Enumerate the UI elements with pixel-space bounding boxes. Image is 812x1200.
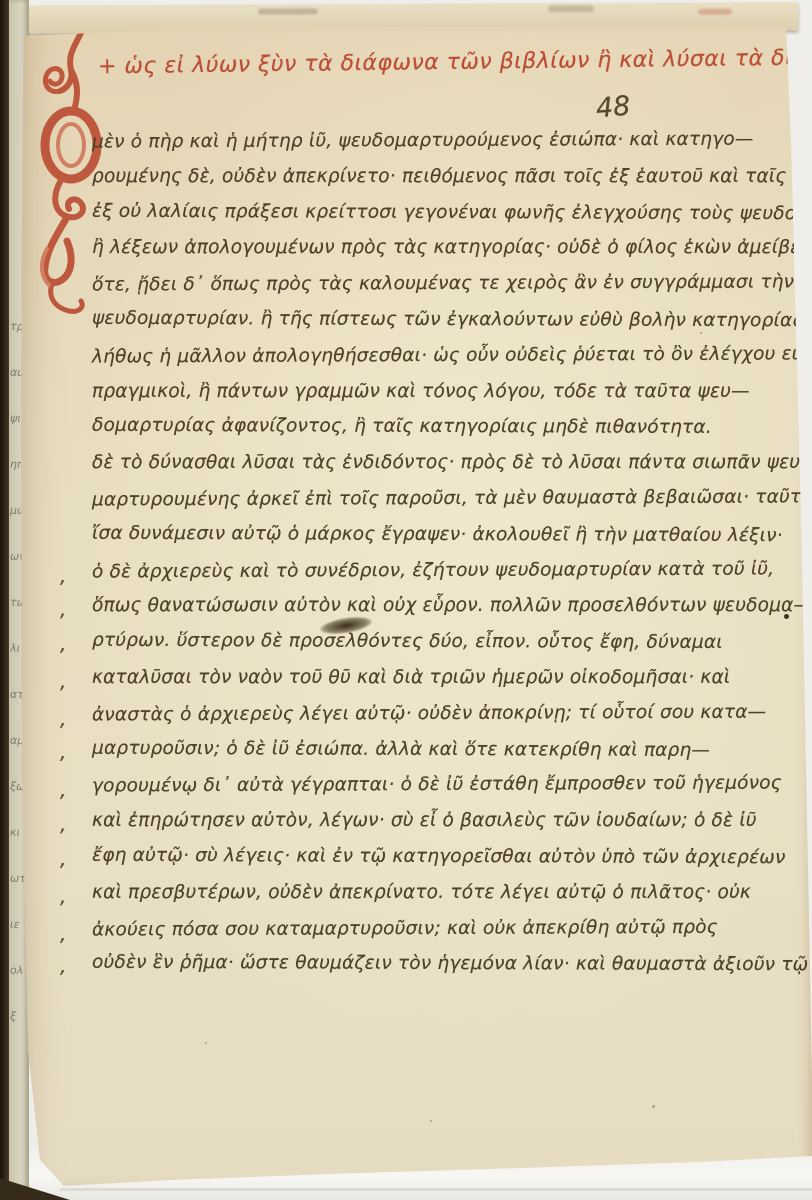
text-line: ἴσα δυνάμεσιν αὐτῷ ὁ μάρκος ἔγραψεν· ἀκο…	[92, 523, 792, 561]
text-line: ,ὁ δὲ ἀρχιερεὺς καὶ τὸ συνέδριον, ἐζήτου…	[92, 558, 792, 597]
text-line: μὲν ὁ πὴρ καὶ ἡ μήτηρ ἰῦ, ψευδομαρτυρούμ…	[92, 128, 792, 167]
ink-dot	[784, 614, 789, 619]
text-line-content: οὐδὲν ἓν ῥῆμα· ὥστε θαυμάζειν τὸν ἡγεμόν…	[92, 952, 808, 976]
text-line-content: ρουμένης δὲ, οὐδὲν ἀπεκρίνετο· πειθόμενο…	[92, 166, 786, 187]
edge-smudge-red	[698, 9, 732, 15]
margin-quote-mark: ,	[60, 563, 67, 587]
text-line-content: ἐξ οὐ λαλίαις πράξεσι κρείττοσι γεγονένα…	[92, 200, 812, 224]
text-line: ,ἔφη αὐτῷ· σὺ λέγεις· καὶ ἐν τῷ κατηγορε…	[92, 845, 792, 883]
text-line-content: δὲ τὸ δύνασθαι λῦσαι τὰς ἐνδιδόντος· πρὸ…	[92, 452, 812, 473]
text-line-content: ἴσα δυνάμεσιν αὐτῷ ὁ μάρκος ἔγραψεν· ἀκο…	[92, 523, 783, 546]
text-line: ,καταλῦσαι τὸν ναὸν τοῦ θῦ καὶ διὰ τριῶν…	[92, 667, 792, 703]
text-line: ρουμένης δὲ, οὐδὲν ἀπεκρίνετο· πειθόμενο…	[92, 166, 792, 202]
text-block: μὲν ὁ πὴρ καὶ ἡ μήτηρ ἰῦ, ψευδομαρτυρούμ…	[92, 130, 792, 989]
margin-quote-mark: ,	[60, 669, 67, 693]
gutter-text-fragment: ολ	[10, 964, 28, 978]
text-line: ,καὶ ἐπηρώτησεν αὐτὸν, λέγων· σὺ εἶ ὁ βα…	[92, 810, 792, 846]
manuscript-page: + ὡς εἰ λύων ξὺν τὰ διάφωνα τῶν βιβλίων …	[0, 0, 812, 1200]
margin-quote-mark: ,	[60, 706, 67, 730]
text-line-content: πραγμικοὶ, ἢ πάντων γραμμῶν καὶ τόνος λό…	[92, 381, 750, 402]
rubric-text: + ὡς εἰ λύων ξὺν τὰ διάφωνα τῶν βιβλίων …	[98, 45, 812, 79]
text-line-content: ρτύρων. ὕστερον δὲ προσελθόντες δύο, εἶπ…	[92, 630, 723, 653]
edge-smudge	[258, 8, 318, 14]
margin-quote-mark: ,	[60, 812, 67, 836]
foxing-speck	[652, 1105, 655, 1108]
text-line-content: ἔφη αὐτῷ· σὺ λέγεις· καὶ ἐν τῷ κατηγορεῖ…	[92, 845, 786, 868]
text-line: ,καὶ πρεσβυτέρων, οὐδὲν ἀπεκρίνατο. τότε…	[92, 882, 792, 918]
text-line-content: μαρτυροῦσιν; ὁ δὲ ἰῦ ἐσιώπα. ἀλλὰ καὶ ὅτ…	[92, 737, 710, 760]
text-line-content: ὅπως θανατώσωσιν αὐτὸν καὶ οὐχ εὗρον. πο…	[92, 595, 812, 616]
foxing-speck	[700, 332, 702, 334]
text-line-content: γορουμένῳ δι᾽ αὐτὰ γέγραπται· ὁ δὲ ἰῦ ἐσ…	[92, 773, 782, 797]
text-line-content: ψευδομαρτυρίαν. ἢ τῆς πίστεως τῶν ἐγκαλο…	[92, 308, 812, 332]
margin-quote-mark: ,	[60, 954, 67, 978]
text-line-content: ὁ δὲ ἀρχιερεὺς καὶ τὸ συνέδριον, ἐζήτουν…	[92, 558, 774, 582]
text-line: ἢ λέξεων ἀπολογουμένων πρὸς τὰς κατηγορί…	[92, 237, 792, 273]
text-line-content: λήθως ἡ μᾶλλον ἀπολογηθήσεσθαι· ὡς οὖν ο…	[92, 343, 812, 367]
foxing-speck	[430, 1120, 432, 1122]
text-line: ,ἀναστὰς ὁ ἀρχιερεὺς λέγει αὐτῷ· οὐδὲν ἀ…	[92, 701, 792, 740]
text-line: δὲ τὸ δύνασθαι λῦσαι τὰς ἐνδιδόντος· πρὸ…	[92, 452, 792, 488]
text-line: ,γορουμένῳ δι᾽ αὐτὰ γέγραπται· ὁ δὲ ἰῦ ἐ…	[92, 773, 792, 812]
text-line-content: μαρτυρουμένης ἀρκεῖ ἐπὶ τοῖς παροῦσι, τὰ…	[92, 486, 812, 510]
text-line-content: καὶ ἐπηρώτησεν αὐτὸν, λέγων· σὺ εἶ ὁ βασ…	[92, 810, 757, 831]
text-line: ,οὐδὲν ἓν ῥῆμα· ὥστε θαυμάζειν τὸν ἡγεμό…	[92, 952, 792, 990]
surface-edge-line	[60, 1188, 812, 1191]
text-line-content: μὲν ὁ πὴρ καὶ ἡ μήτηρ ἰῦ, ψευδομαρτυρούμ…	[92, 129, 754, 153]
rubric-header: + ὡς εἰ λύων ξὺν τὰ διάφωνα τῶν βιβλίων …	[98, 44, 798, 80]
margin-quote-mark: ,	[60, 847, 67, 871]
text-line-content: καταλῦσαι τὸν ναὸν τοῦ θῦ καὶ διὰ τριῶν …	[92, 667, 730, 688]
margin-quote-mark: ,	[60, 921, 67, 945]
edge-smudge	[548, 5, 594, 12]
text-line-content: ὅτε, ᾔδει δ᾽ ὅπως πρὸς τὰς καλουμένας τε…	[92, 272, 794, 296]
text-line: ,ὅπως θανατώσωσιν αὐτὸν καὶ οὐχ εὗρον. π…	[92, 595, 792, 631]
folio-number: 48	[595, 91, 632, 125]
foxing-speck	[205, 1042, 207, 1044]
manuscript-photo: { "document": { "kind_label": "Greek man…	[0, 0, 812, 1200]
margin-quote-mark: ,	[60, 597, 67, 621]
margin-quote-mark: ,	[60, 632, 67, 656]
text-line-content: καὶ πρεσβυτέρων, οὐδὲν ἀπεκρίνατο. τότε …	[92, 882, 751, 903]
text-line-content: ἀναστὰς ὁ ἀρχιερεὺς λέγει αὐτῷ· οὐδὲν ἀπ…	[92, 701, 766, 725]
text-line: ,ρτύρων. ὕστερον δὲ προσελθόντες δύο, εἶ…	[92, 630, 792, 668]
text-line: ,μαρτυροῦσιν; ὁ δὲ ἰῦ ἐσιώπα. ἀλλὰ καὶ ὅ…	[92, 737, 792, 775]
text-line: λήθως ἡ μᾶλλον ἀπολογηθήσεσθαι· ὡς οὖν ο…	[92, 343, 792, 382]
text-line: δομαρτυρίας ἀφανίζοντος, ἢ ταῖς κατηγορί…	[92, 415, 792, 453]
text-line: πραγμικοὶ, ἢ πάντων γραμμῶν καὶ τόνος λό…	[92, 381, 792, 417]
text-line: ,ἀκούεις πόσα σου καταμαρτυροῦσιν; καὶ ο…	[92, 916, 792, 955]
text-line-content: ἢ λέξεων ἀπολογουμένων πρὸς τὰς κατηγορί…	[92, 237, 812, 258]
text-line-content: ἀκούεις πόσα σου καταμαρτυροῦσιν; καὶ οὐ…	[92, 916, 718, 940]
margin-quote-mark: ,	[60, 739, 67, 763]
text-line: ψευδομαρτυρίαν. ἢ τῆς πίστεως τῶν ἐγκαλο…	[92, 308, 792, 346]
margin-quote-mark: ,	[60, 778, 67, 802]
text-line: ὅτε, ᾔδει δ᾽ ὅπως πρὸς τὰς καλουμένας τε…	[92, 272, 792, 311]
text-line: ἐξ οὐ λαλίαις πράξεσι κρείττοσι γεγονένα…	[92, 200, 792, 238]
text-line-content: δομαρτυρίας ἀφανίζοντος, ἢ ταῖς κατηγορί…	[92, 415, 712, 438]
gutter-text-fragment: ξ	[10, 1010, 28, 1024]
margin-quote-mark: ,	[60, 884, 67, 908]
text-line: μαρτυρουμένης ἀρκεῖ ἐπὶ τοῖς παροῦσι, τὰ…	[92, 486, 792, 525]
